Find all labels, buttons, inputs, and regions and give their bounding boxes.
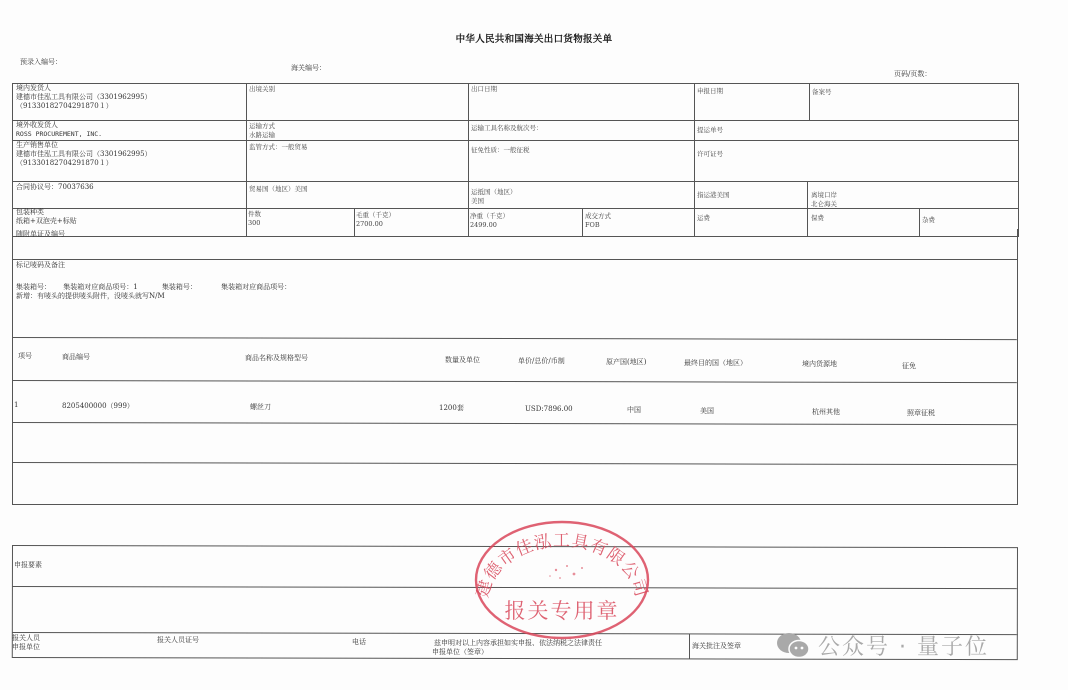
- dest-port-label: 指运港: [697, 191, 717, 199]
- container-item-no-1: 集装箱对应商品项号：1: [63, 283, 137, 291]
- gross-weight-value: 2700.00: [356, 220, 395, 229]
- dest-port-field: 指运港美国: [697, 191, 730, 200]
- goods-header-cell: 原产国(地区): [606, 358, 646, 367]
- transport-mode-field: 运输方式 水路运输: [249, 122, 275, 140]
- goods-header-cell: 项号: [18, 352, 32, 361]
- goods-header-cell: 商品名称及规格型号: [245, 354, 308, 363]
- goods-cell: 杭州其他: [812, 408, 840, 417]
- insurance-label: 保费: [811, 214, 824, 223]
- wechat-icon: [776, 632, 810, 660]
- goods-cell: 1200套: [439, 404, 464, 413]
- goods-header-cell: 单价/总价/币制: [518, 357, 565, 366]
- declare-elements-label: 申报要素: [14, 561, 42, 570]
- export-date-label: 出口日期: [471, 85, 497, 94]
- domestic-shipper-code: （91330182704291870１）: [16, 102, 152, 111]
- goods-cell: 螺丝刀: [250, 403, 271, 412]
- net-weight-field: 净重（千克） 2499.00: [470, 212, 509, 230]
- domestic-shipper-field: 境内发货人 建德市佳泓工具有限公司（3301962995） （913301827…: [16, 84, 152, 111]
- container-no-label-1: 集装箱号：: [16, 283, 51, 291]
- exit-port-label: 离境口岸: [811, 191, 837, 200]
- transport-mode-value: 水路运输: [249, 131, 275, 140]
- arrival-country-value: 美国: [471, 197, 517, 206]
- levy-nature-value: 一般征税: [504, 146, 530, 154]
- exit-port-field: 离境口岸 北仑海关: [811, 191, 837, 209]
- container-item-no-2: 集装箱对应商品项号：: [221, 283, 291, 291]
- goods-header-cell: 数量及单位: [445, 356, 480, 365]
- declaring-unit-label: 申报单位: [12, 643, 40, 652]
- page-count-label: 页码/页数：: [894, 69, 931, 79]
- watermark: 公众号 · 量子位: [776, 630, 989, 661]
- goods-cell: 8205400000（999）: [62, 402, 134, 411]
- declare-date-label: 申报日期: [697, 87, 723, 96]
- goods-header-cell: 境内货源地: [802, 360, 837, 369]
- producer-label: 生产销售单位: [16, 141, 152, 150]
- exit-port-value: 北仑海关: [811, 200, 837, 209]
- customs-no-label: 海关编号：: [291, 63, 326, 73]
- producer-field: 生产销售单位 建德市佳泓工具有限公司（3301962995） （91330182…: [16, 141, 152, 168]
- header-grid: [12, 83, 1019, 237]
- bill-no-label: 提运单号: [697, 126, 723, 135]
- trade-country-value: 美国: [295, 185, 308, 193]
- pieces-field: 件数 300: [248, 210, 261, 228]
- declarant-label: 报关人员: [12, 634, 40, 643]
- declaration-line-2: 申报单位（签章）: [432, 648, 602, 657]
- pre-entry-no-label: 预录入编号：: [20, 57, 62, 67]
- company-seal-stamp: 建德市佳泓工具有限公司 报关专用章: [472, 518, 652, 640]
- package-type-value: 纸箱+双泡壳+标贴: [16, 217, 77, 226]
- overseas-consignee-label: 境外收发货人: [16, 121, 102, 130]
- pieces-label: 件数: [248, 210, 261, 219]
- transport-name-label: 运输工具名称及航次号：: [471, 124, 543, 133]
- supervision-mode-field: 监管方式：一般贸易: [249, 143, 308, 152]
- trade-country-field: 贸易国（地区）美国: [249, 185, 308, 194]
- attached-docs-label: 随附单证及编号: [16, 230, 65, 239]
- dest-port-value: 美国: [717, 191, 730, 199]
- arrival-country-label: 运抵国（地区）: [471, 188, 517, 197]
- overseas-consignee-value: ROSS PROCUREMENT, INC.: [16, 130, 102, 139]
- marks-note: 新增：有唛头的提供唛头附件，没唛头就写N/M: [16, 292, 165, 301]
- freight-label: 运费: [697, 214, 710, 223]
- domestic-shipper-name: 建德市佳泓工具有限公司（3301962995）: [16, 93, 152, 102]
- transport-mode-label: 运输方式: [249, 122, 275, 131]
- marks-container-line: 集装箱号： 集装箱对应商品项号：1 集装箱号： 集装箱对应商品项号：: [16, 283, 291, 292]
- misc-fee-label: 杂费: [922, 216, 935, 225]
- package-type-field: 包装种类 纸箱+双泡壳+标贴: [16, 208, 77, 226]
- deal-mode-label: 成交方式: [585, 212, 611, 221]
- supervision-mode-value: 一般贸易: [282, 143, 308, 151]
- contract-no-value: 70037636: [58, 183, 94, 191]
- container-no-label-2: 集装箱号：: [162, 283, 197, 291]
- goods-cell: 中国: [627, 406, 641, 415]
- goods-header-cell: 征免: [902, 362, 916, 371]
- gross-weight-field: 毛重（千克） 2700.00: [356, 211, 395, 229]
- declaration-line-1: 兹申明对以上内容承担如实申报、依法纳税之法律责任: [432, 639, 602, 648]
- goods-header-cell: 最终目的国（地区）: [684, 359, 747, 368]
- producer-name: 建德市佳泓工具有限公司（3301962995）: [16, 150, 152, 159]
- goods-cell: USD:7896.00: [525, 405, 573, 414]
- watermark-text: 公众号 · 量子位: [818, 630, 989, 661]
- levy-nature-field: 征免性质：一般征税: [471, 146, 530, 155]
- levy-nature-label: 征免性质：: [471, 146, 504, 154]
- package-type-label: 包装种类: [16, 208, 77, 217]
- gross-weight-label: 毛重（千克）: [356, 211, 395, 220]
- contract-no-field: 合同协议号：70037636: [16, 183, 94, 192]
- pieces-value: 300: [248, 219, 261, 228]
- declarant-id-label: 报关人员证号: [157, 636, 199, 645]
- goods-cell: 美国: [700, 407, 714, 416]
- supervision-mode-label: 监管方式：: [249, 143, 282, 151]
- arrival-country-field: 运抵国（地区） 美国: [471, 188, 517, 206]
- producer-code: （91330182704291870１）: [16, 159, 152, 168]
- phone-label: 电话: [352, 638, 366, 647]
- document-title: 中华人民共和国海关出口货物报关单: [0, 31, 1068, 45]
- overseas-consignee-field: 境外收发货人 ROSS PROCUREMENT, INC.: [16, 121, 102, 139]
- license-no-label: 许可证号: [697, 150, 723, 159]
- goods-cell: 1: [14, 401, 18, 410]
- customs-approval-label: 海关批注及签章: [692, 642, 741, 651]
- trade-country-label: 贸易国（地区）: [249, 185, 295, 193]
- net-weight-label: 净重（千克）: [470, 212, 509, 221]
- contract-no-label: 合同协议号：: [16, 183, 58, 191]
- declarant-field: 报关人员 申报单位: [12, 634, 40, 652]
- goods-header-cell: 商品编号: [62, 353, 90, 362]
- declaration-statement: 兹申明对以上内容承担如实申报、依法纳税之法律责任 申报单位（签章）: [432, 639, 602, 657]
- exit-customs-label: 出境关别: [249, 85, 275, 94]
- goods-cell: 照章征税: [907, 409, 935, 418]
- deal-mode-field: 成交方式 FOB: [585, 212, 611, 230]
- record-no-label: 备案号: [812, 88, 832, 97]
- domestic-shipper-label: 境内发货人: [16, 84, 152, 93]
- marks-label: 标记唛码及备注: [16, 261, 65, 270]
- svg-text:报关专用章: 报关专用章: [505, 599, 620, 623]
